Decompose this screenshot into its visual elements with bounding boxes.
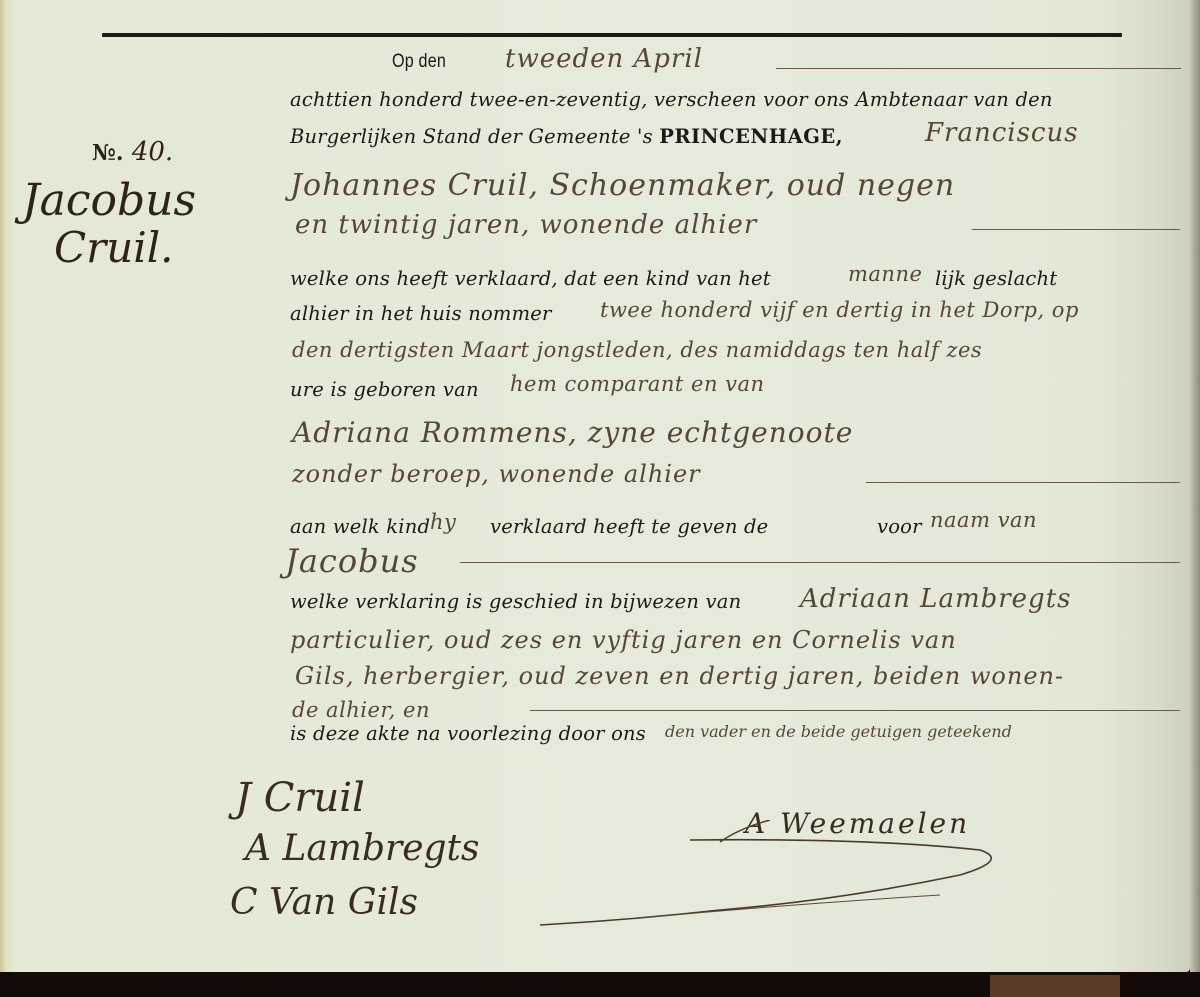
margin-child-surname: Cruil.: [54, 223, 173, 272]
hw-witness-line1: particulier, oud zes en vyftig jaren en …: [290, 626, 957, 654]
signature-flourish: [540, 820, 1000, 930]
hw-age-line: en twintig jaren, wonende alhier: [295, 210, 757, 240]
entry-number-label: №.: [92, 140, 124, 166]
hw-witness-line2: Gils, herbergier, oud zeven en dertig ja…: [295, 662, 1064, 690]
municipality-name: PRINCENHAGE,: [659, 125, 843, 148]
signature-witness1: A Lambregts: [245, 828, 480, 869]
hw-witness1: Adriaan Lambregts: [800, 584, 1072, 614]
signature-father: J Cruil: [235, 775, 365, 821]
hw-child-name: Jacobus: [285, 542, 419, 580]
fill-line: [866, 482, 1180, 483]
hw-born-of: hem comparant en van: [510, 372, 765, 396]
margin-child-first-name: Jacobus: [22, 175, 196, 226]
printed-voor: voor: [877, 515, 922, 538]
hw-signed-line: den vader en de beide getuigen geteekend: [665, 722, 1012, 741]
hw-sex: manne: [848, 262, 922, 286]
hw-house-number: twee honderd vijf en dertig in het Dorp,…: [600, 298, 1079, 322]
printed-line-2: achttien honderd twee-en-zeventig, versc…: [290, 88, 1053, 111]
fill-line: [776, 68, 1181, 69]
printed-line-14: welke verklaring is geschied in bijwezen…: [290, 590, 741, 613]
printed-line-3-prefix: Burgerlijken Stand der Gemeente 's: [290, 125, 653, 148]
fill-line: [530, 710, 1180, 711]
printed-line-18: is deze akte na voorlezing door ons: [290, 722, 646, 745]
printed-line-9: ure is geboren van: [290, 378, 479, 401]
entry-number-value: 40.: [132, 137, 173, 167]
printed-line-3: Burgerlijken Stand der Gemeente 's PRINC…: [290, 125, 843, 148]
fill-line: [460, 562, 1180, 563]
hw-date: tweeden April: [505, 44, 703, 74]
hw-voornaam: naam van: [930, 508, 1037, 532]
hw-mother-occupation: zonder beroep, wonende alhier: [292, 460, 701, 488]
printed-line-6-suffix: lijk geslacht: [935, 267, 1057, 290]
hw-mother-line: Adriana Rommens, zyne echtgenoote: [292, 416, 853, 449]
signature-witness2: C Van Gils: [230, 882, 418, 923]
printed-line-12b: verklaard heeft te geven de: [490, 515, 768, 538]
hw-witness-line3: de alhier, en: [292, 698, 430, 722]
register-page: №. 40. Jacobus Cruil. Op den tweeden Apr…: [0, 0, 1190, 972]
printed-op-den: Op den: [392, 51, 446, 73]
hw-he: hy: [430, 510, 456, 534]
hw-date-line: den dertigsten Maart jongstleden, des na…: [292, 338, 982, 362]
top-rule: [102, 33, 1122, 37]
fill-line: [972, 229, 1180, 230]
hw-declarant-line: Johannes Cruil, Schoenmaker, oud negen: [290, 168, 955, 203]
entry-number: №. 40.: [92, 137, 173, 167]
background-wood: [990, 975, 1120, 997]
hw-declarant-first: Franciscus: [925, 118, 1079, 148]
printed-line-12a: aan welk kind: [290, 515, 430, 538]
printed-line-6: welke ons heeft verklaard, dat een kind …: [290, 267, 771, 290]
printed-line-7: alhier in het huis nommer: [290, 302, 552, 325]
